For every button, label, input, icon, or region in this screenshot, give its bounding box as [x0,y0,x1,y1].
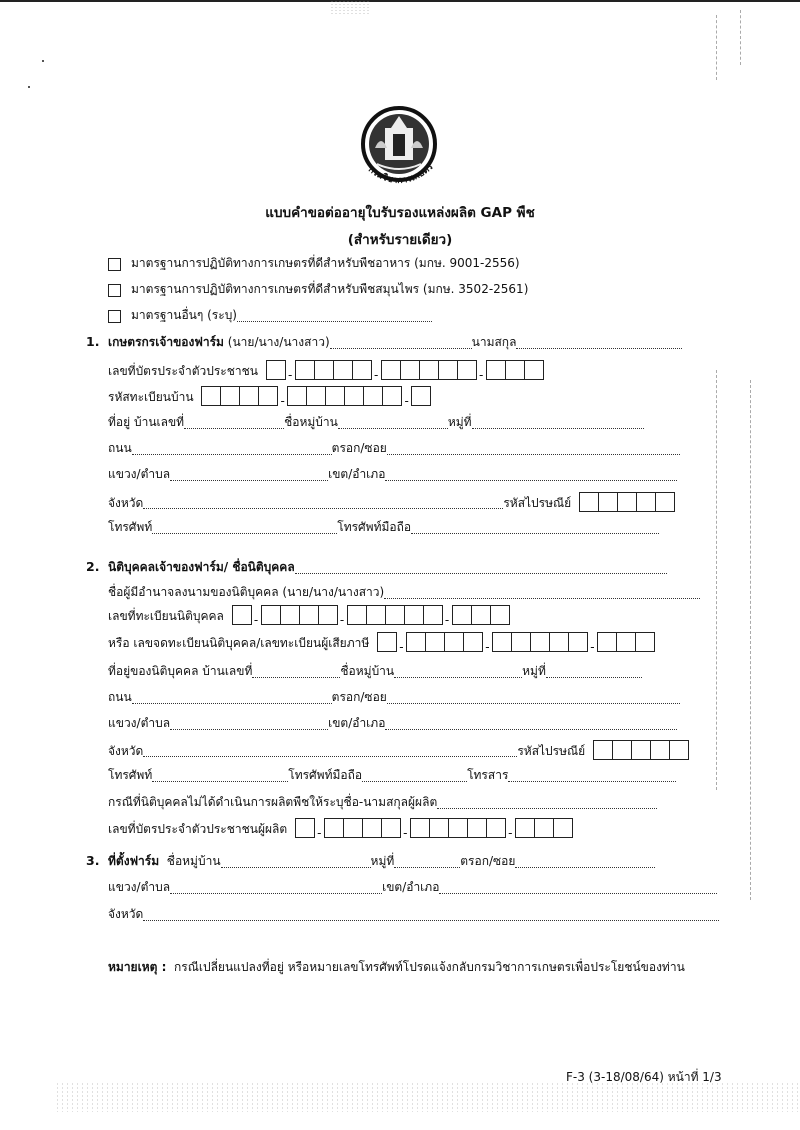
juristic-mobile-field[interactable] [362,780,467,782]
scan-noise [55,1082,800,1112]
juristic-subdistrict-field[interactable] [170,728,328,730]
digit-box[interactable] [438,361,457,379]
digit-box[interactable] [471,606,490,624]
juristic-province-field[interactable] [143,755,517,757]
separator: - [402,394,411,408]
digit-box[interactable] [381,819,400,837]
digit-box[interactable] [296,819,314,837]
standard-option-herb[interactable]: มาตรฐานการปฏิบัติทางการเกษตรที่ดีสำหรับพ… [108,277,528,299]
digit-box-group[interactable] [593,740,689,760]
digit-box[interactable] [378,633,396,651]
digit-box-group[interactable] [486,360,544,380]
digit-box[interactable] [344,387,363,405]
digit-box[interactable] [419,361,438,379]
digit-box[interactable] [598,493,617,511]
tax-id-row: หรือ เลขจดทะเบียนนิติบุคคล/เลขทะเบียนผู้… [108,632,655,654]
section-number: 1. [86,334,99,349]
digit-box[interactable] [202,387,220,405]
digit-box[interactable] [636,493,655,511]
digit-box-group[interactable] [579,492,675,512]
digit-box[interactable] [444,633,463,651]
juristic-phone-field[interactable] [152,780,288,782]
tax-id-boxes[interactable]: --- [377,632,655,654]
farm-alley-field[interactable] [515,866,655,868]
digit-box[interactable] [407,633,425,651]
farmer-province-row: จังหวัด รหัสไปรษณีย์ [108,492,675,514]
juristic-district-field[interactable] [385,728,677,730]
digit-box-group[interactable] [515,818,573,838]
farm-location-row: ที่ตั้งฟาร์ม ชื่อหมู่บ้าน หมู่ที่ ตรอก/ซ… [108,849,655,871]
digit-box[interactable] [617,493,636,511]
digit-box[interactable] [288,387,306,405]
digit-box[interactable] [343,819,362,837]
digit-box[interactable] [333,361,352,379]
digit-box[interactable] [580,493,598,511]
digit-box[interactable] [425,633,444,651]
standard-option-food[interactable]: มาตรฐานการปฏิบัติทางการเกษตรที่ดีสำหรับพ… [108,251,520,273]
juristic-name-field[interactable] [295,572,667,574]
farm-subdistrict-row: แขวง/ตำบล เขต/อำเภอ [108,875,717,897]
digit-box[interactable] [493,633,511,651]
juristic-province-row: จังหวัด รหัสไปรษณีย์ [108,740,689,762]
digit-box[interactable] [598,633,616,651]
producer-id-row: เลขที่บัตรประจำตัวประชาชนผู้ผลิต --- [108,818,573,840]
separator: - [372,368,381,382]
digit-box[interactable] [296,361,314,379]
standard-option-other[interactable]: มาตรฐานอื่นๆ (ระบุ) [108,303,432,325]
juristic-road-field[interactable] [132,702,332,704]
digit-box[interactable] [524,361,543,379]
digit-box[interactable] [530,633,549,651]
juristic-house-number-field[interactable] [252,676,340,678]
juristic-alley-field[interactable] [387,702,680,704]
village-field[interactable] [338,427,448,429]
separator: - [401,826,410,840]
digit-box[interactable] [400,361,419,379]
digit-box-group[interactable] [232,605,252,625]
digit-box[interactable] [655,493,674,511]
digit-box[interactable] [463,633,482,651]
digit-box[interactable] [490,606,509,624]
digit-box[interactable] [382,361,400,379]
section-number: 2. [86,559,99,574]
phone-field[interactable] [152,532,337,534]
farmer-surname-field[interactable] [516,347,682,349]
producer-name-row: กรณีที่นิติบุคคลไม่ได้ดำเนินการผลิตพืชให… [108,790,657,812]
juristic-moo-field[interactable] [546,676,642,678]
scan-edge-line [716,370,717,790]
digit-box[interactable] [412,387,430,405]
digit-box[interactable] [635,633,654,651]
farm-moo-field[interactable] [394,866,460,868]
digit-box-group[interactable] [287,386,402,406]
separator: - [588,640,597,654]
juristic-fax-field[interactable] [508,780,676,782]
digit-box[interactable] [457,361,476,379]
scan-speck [28,86,30,88]
farmer-road-row: ถนน ตรอก/ซอย [108,436,680,458]
farmer-id-row: เลขที่บัตรประจำตัวประชาชน --- [108,360,544,382]
digit-box[interactable] [314,361,333,379]
digit-box[interactable] [448,819,467,837]
juristic-phone-row: โทรศัพท์ โทรศัพท์มือถือ โทรสาร [108,763,676,785]
digit-box-group[interactable] [295,360,372,380]
digit-box[interactable] [299,606,318,624]
digit-box[interactable] [553,819,572,837]
farm-province-row: จังหวัด [108,902,719,924]
digit-box-group[interactable] [266,360,286,380]
form-title: แบบคำขอต่ออายุใบรับรองแหล่งผลิต GAP พืช [0,201,800,223]
digit-box-group[interactable] [377,632,397,652]
digit-box[interactable] [262,606,280,624]
digit-box[interactable] [239,387,258,405]
juristic-reg-boxes[interactable]: --- [232,605,510,627]
juristic-road-row: ถนน ตรอก/ซอย [108,685,680,707]
digit-box[interactable] [612,741,631,759]
scan-top-edge [0,0,800,2]
digit-box-group[interactable] [295,818,315,838]
digit-box-group[interactable] [347,605,443,625]
digit-box[interactable] [325,387,344,405]
digit-box[interactable] [267,361,285,379]
juristic-subdistrict-row: แขวง/ตำบล เขต/อำเภอ [108,711,677,733]
house-registration-boxes[interactable]: -- [201,386,431,408]
separator: - [286,368,295,382]
other-standard-field[interactable] [237,320,432,322]
road-field[interactable] [132,453,332,455]
farm-province-field[interactable] [143,919,719,921]
farmer-address-row: ที่อยู่ บ้านเลขที่ ชื่อหมู่บ้าน หมู่ที่ [108,410,644,432]
province-field[interactable] [143,507,503,509]
digit-box[interactable] [616,633,635,651]
digit-box[interactable] [325,819,343,837]
checkbox[interactable] [108,310,121,323]
form-subtitle: (สำหรับรายเดียว) [0,228,800,250]
digit-box[interactable] [486,819,505,837]
digit-box-group[interactable] [411,386,431,406]
farmer-name-row: เกษตรกรเจ้าของฟาร์ม (นาย/นาง/นางสาว) นาม… [108,330,682,352]
farmer-name-field[interactable] [330,347,472,349]
remark: หมายเหตุ : กรณีเปลี่ยนแปลงที่อยู่ หรือหม… [108,958,685,977]
digit-box[interactable] [534,819,553,837]
juristic-address-row: ที่อยู่ของนิติบุคคล บ้านเลขที่ ชื่อหมู่บ… [108,659,642,681]
farmer-phone-row: โทรศัพท์ โทรศัพท์มือถือ [108,515,659,537]
separator: - [315,826,324,840]
separator: - [252,613,261,627]
digit-box[interactable] [467,819,486,837]
digit-box[interactable] [362,819,381,837]
digit-box[interactable] [220,387,239,405]
digit-box[interactable] [669,741,688,759]
farmer-subdistrict-row: แขวง/ตำบล เขต/อำเภอ [108,462,677,484]
digit-box[interactable] [568,633,587,651]
digit-box[interactable] [453,606,471,624]
juristic-village-field[interactable] [394,676,522,678]
alley-field[interactable] [387,453,680,455]
digit-box[interactable] [318,606,337,624]
digit-box[interactable] [487,361,505,379]
digit-box-group[interactable] [201,386,278,406]
digit-box[interactable] [411,819,429,837]
digit-box[interactable] [366,606,385,624]
juristic-postcode-boxes[interactable] [593,740,689,762]
digit-box[interactable] [511,633,530,651]
separator: - [477,368,486,382]
farm-district-field[interactable] [439,892,717,894]
digit-box[interactable] [280,606,299,624]
signatory-row: ชื่อผู้มีอำนาจลงนามของนิติบุคคล (นาย/นาง… [108,580,700,602]
scan-edge-line [750,380,751,900]
separator: - [443,613,452,627]
digit-box-group[interactable] [406,632,483,652]
house-number-field[interactable] [184,427,284,429]
digit-box-group[interactable] [492,632,588,652]
digit-box[interactable] [594,741,612,759]
checkbox[interactable] [108,258,121,271]
section-number: 3. [86,853,99,868]
digit-box[interactable] [505,361,524,379]
digit-box[interactable] [549,633,568,651]
national-id-boxes[interactable]: --- [266,360,544,382]
farm-subdistrict-field[interactable] [170,892,382,894]
scan-speck [42,60,44,62]
scan-noise [330,0,370,16]
digit-box[interactable] [233,606,251,624]
separator: - [506,826,515,840]
digit-box-group[interactable] [410,818,506,838]
digit-box-group[interactable] [324,818,401,838]
digit-box[interactable] [306,387,325,405]
digit-box[interactable] [650,741,669,759]
digit-box-group[interactable] [597,632,655,652]
house-reg-row: รหัสทะเบียนบ้าน -- [108,386,431,408]
digit-box[interactable] [631,741,650,759]
signatory-field[interactable] [384,597,700,599]
moo-field[interactable] [472,427,644,429]
subdistrict-field[interactable] [170,479,328,481]
farm-village-field[interactable] [221,866,371,868]
producer-name-field[interactable] [437,807,657,809]
separator: - [397,640,406,654]
digit-box[interactable] [348,606,366,624]
checkbox[interactable] [108,284,121,297]
digit-box[interactable] [352,361,371,379]
district-field[interactable] [385,479,677,481]
juristic-reg-row: เลขที่ทะเบียนนิติบุคคล --- [108,605,510,627]
postcode-boxes[interactable] [579,492,675,514]
digit-box[interactable] [423,606,442,624]
digit-box[interactable] [258,387,277,405]
separator: - [338,613,347,627]
scan-edge-line [716,15,717,80]
digit-box[interactable] [385,606,404,624]
digit-box[interactable] [363,387,382,405]
digit-box[interactable] [382,387,401,405]
separator: - [483,640,492,654]
producer-id-boxes[interactable]: --- [295,818,573,840]
digit-box[interactable] [404,606,423,624]
department-of-agriculture-seal-icon: กรมวิชาการเกษตร [355,104,443,192]
digit-box-group[interactable] [452,605,510,625]
scan-edge-line [740,10,741,65]
juristic-name-row: นิติบุคคลเจ้าของฟาร์ม/ ชื่อนิติบุคคล [108,555,667,577]
digit-box[interactable] [516,819,534,837]
mobile-field[interactable] [411,532,659,534]
digit-box-group[interactable] [381,360,477,380]
separator: - [278,394,287,408]
digit-box[interactable] [429,819,448,837]
digit-box-group[interactable] [261,605,338,625]
